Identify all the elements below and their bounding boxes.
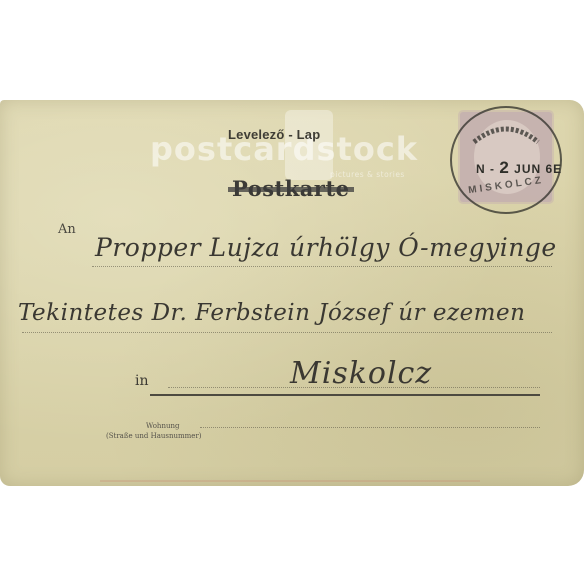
residence-hint: (Straße und Hausnummer) <box>106 432 202 440</box>
postmark-date-suffix: JUN 6E <box>514 162 562 176</box>
in-label: in <box>135 373 149 389</box>
printed-title-struck: Postkarte <box>232 176 350 201</box>
address-line-1 <box>92 266 552 267</box>
address-line-2 <box>22 332 552 333</box>
postmark-date: N - 2 JUN 6E <box>476 158 562 178</box>
handwritten-city: Miskolcz <box>290 356 432 391</box>
postmark-date-number: 2 <box>499 158 509 177</box>
edge-stain <box>100 480 480 482</box>
city-underline <box>150 394 540 396</box>
handwritten-line-1: Propper Lujza úrhölgy Ó-megyinge <box>95 233 557 262</box>
postmark-top-lettering <box>470 122 542 146</box>
strikethrough-bar <box>228 187 354 192</box>
residence-label: Wohnung <box>146 422 179 430</box>
address-prefix-label: An <box>58 222 76 237</box>
residence-dotted-line <box>200 427 540 428</box>
card-header-title: Levelező - Lap <box>228 127 320 142</box>
postmark-date-prefix: N - <box>476 162 495 176</box>
city-dotted-line <box>168 387 540 388</box>
handwritten-line-2: Tekintetes Dr. Ferbstein József úr ezeme… <box>18 300 525 326</box>
